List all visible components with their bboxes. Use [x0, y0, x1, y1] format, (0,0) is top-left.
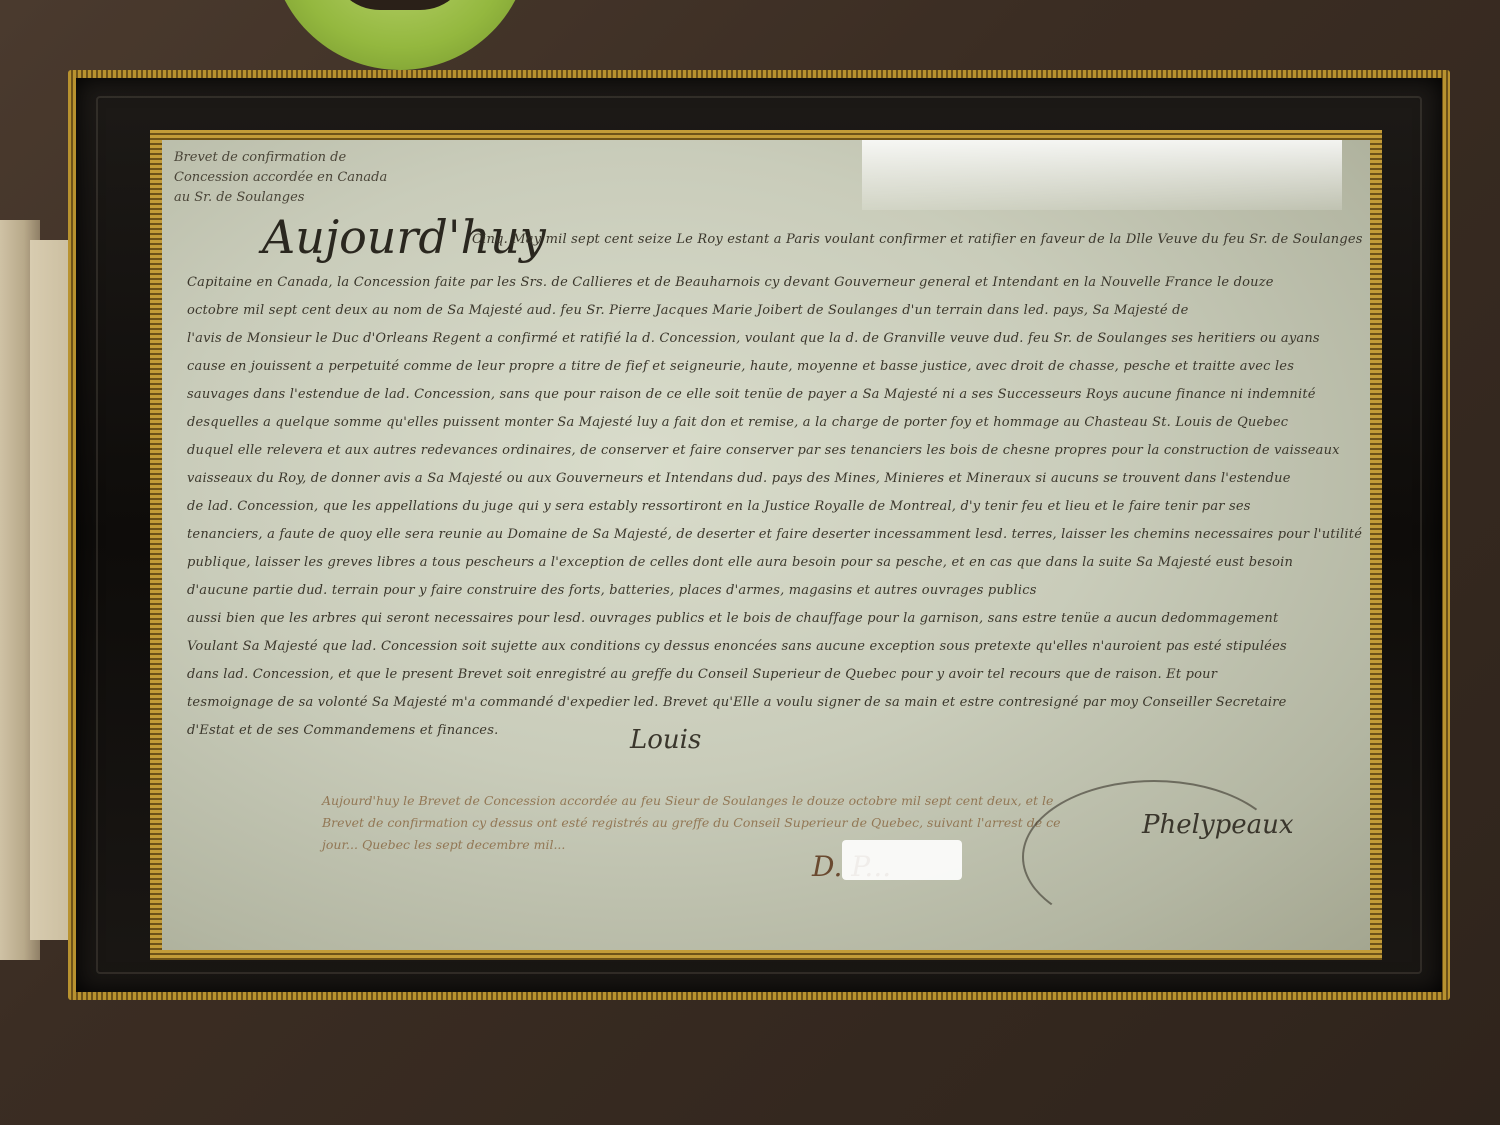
body-line: Voulant Sa Majesté que lad. Concession s…: [187, 639, 1287, 654]
body-line: tenanciers, a faute de quoy elle sera re…: [187, 527, 1362, 542]
body-line: dans lad. Concession, et que le present …: [187, 667, 1217, 682]
body-line: d'Estat et de ses Commandemens et financ…: [187, 723, 498, 738]
secretary-signature: Phelypeaux: [1142, 810, 1294, 840]
king-signature: Louis: [630, 725, 701, 755]
body-line: aussi bien que les arbres qui seront nec…: [187, 611, 1278, 626]
registration-note: Aujourd'huy le Brevet de Concession acco…: [322, 790, 1082, 856]
body-line: Capitaine en Canada, la Concession faite…: [187, 275, 1274, 290]
body-line: Cinq. May mil sept cent seize Le Roy est…: [472, 232, 1363, 247]
body-line: de lad. Concession, que les appellations…: [187, 499, 1251, 514]
body-line: publique, laisser les greves libres a to…: [187, 555, 1293, 570]
body-line: duquel elle relevera et aux autres redev…: [187, 443, 1340, 458]
signature-flourish: [1022, 780, 1286, 934]
body-line: sauvages dans l'estendue de lad. Concess…: [187, 387, 1316, 402]
parchment-document: Brevet de confirmation de Concession acc…: [162, 140, 1370, 950]
glass-glare-small: [842, 840, 962, 880]
body-line: d'aucune partie dud. terrain pour y fair…: [187, 583, 1037, 598]
marginal-heading: Brevet de confirmation de Concession acc…: [174, 148, 387, 208]
body-line: tesmoignage de sa volonté Sa Majesté m'a…: [187, 695, 1287, 710]
glass-glare: [862, 140, 1342, 210]
body-line: vaisseaux du Roy, de donner avis a Sa Ma…: [187, 471, 1291, 486]
body-line: desquelles a quelque somme qu'elles puis…: [187, 415, 1288, 430]
body-line: l'avis de Monsieur le Duc d'Orleans Rege…: [187, 331, 1320, 346]
body-line: cause en jouissent a perpetuité comme de…: [187, 359, 1294, 374]
body-line: octobre mil sept cent deux au nom de Sa …: [187, 303, 1189, 318]
